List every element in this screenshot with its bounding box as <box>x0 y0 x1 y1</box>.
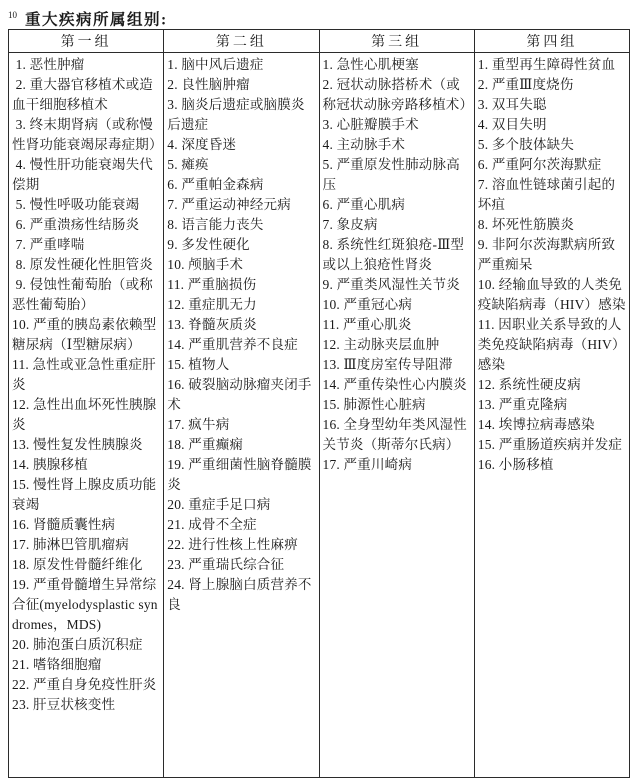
disease-item: 6. 严重帕金森病 <box>167 175 316 195</box>
disease-item: 13. 慢性复发性胰腺炎 <box>12 435 161 455</box>
disease-item: 23. 严重瑞氏综合征 <box>167 555 316 575</box>
disease-item: 3. 脑炎后遗症或脑膜炎后遗症 <box>167 95 316 135</box>
group-3-item-list: 1. 急性心肌梗塞2. 冠状动脉搭桥术（或称冠状动脉旁路移植术）3. 心脏瓣膜手… <box>323 55 472 475</box>
document-page: 10重大疾病所属组别: 第一组 第二组 第三组 第四组 1. 恶性肿瘤 2. 重… <box>0 0 640 781</box>
disease-item: 1. 重型再生障碍性贫血 <box>478 55 627 75</box>
disease-item: 6. 严重溃疡性结肠炎 <box>12 215 161 235</box>
header-group-2: 第二组 <box>164 30 319 53</box>
disease-item: 4. 主动脉手术 <box>323 135 472 155</box>
disease-item: 8. 系统性红斑狼疮-Ⅲ型或以上狼疮性肾炎 <box>323 235 472 275</box>
disease-item: 14. 埃博拉病毒感染 <box>478 415 627 435</box>
disease-item: 2. 良性脑肿瘤 <box>167 75 316 95</box>
group-4-cell: 1. 重型再生障碍性贫血2. 严重Ⅲ度烧伤3. 双耳失聪4. 双目失明5. 多个… <box>474 53 629 778</box>
disease-item: 24. 肾上腺脑白质营养不良 <box>167 575 316 615</box>
disease-item: 1. 恶性肿瘤 <box>12 55 161 75</box>
disease-item: 20. 肺泡蛋白质沉积症 <box>12 635 161 655</box>
disease-item: 2. 冠状动脉搭桥术（或称冠状动脉旁路移植术） <box>323 75 472 115</box>
disease-item: 3. 双耳失聪 <box>478 95 627 115</box>
disease-item: 14. 严重传染性心内膜炎 <box>323 375 472 395</box>
disease-item: 7. 象皮病 <box>323 215 472 235</box>
disease-item: 22. 进行性核上性麻痹 <box>167 535 316 555</box>
disease-item: 9. 非阿尔茨海默病所致严重痴呆 <box>478 235 627 275</box>
disease-item: 13. Ⅲ度房室传导阻滞 <box>323 355 472 375</box>
disease-item: 3. 终末期肾病（或称慢性肾功能衰竭尿毒症期） <box>12 115 161 155</box>
disease-item: 10. 严重的胰岛素依赖型糖尿病（Ⅰ型糖尿病） <box>12 315 161 355</box>
disease-item: 15. 肺源性心脏病 <box>323 395 472 415</box>
disease-item: 23. 肝豆状核变性 <box>12 695 161 715</box>
disease-item: 11. 急性或亚急性重症肝炎 <box>12 355 161 395</box>
disease-item: 4. 深度昏迷 <box>167 135 316 155</box>
disease-item: 9. 侵蚀性葡萄胎（或称恶性葡萄胎） <box>12 275 161 315</box>
disease-item: 18. 原发性骨髓纤维化 <box>12 555 161 575</box>
group-1-item-list: 1. 恶性肿瘤 2. 重大器官移植术或造血干细胞移植术 3. 终末期肾病（或称慢… <box>12 55 161 715</box>
disease-item: 18. 严重癫痫 <box>167 435 316 455</box>
disease-item: 10. 严重冠心病 <box>323 295 472 315</box>
disease-item: 12. 主动脉夹层血肿 <box>323 335 472 355</box>
disease-item: 21. 嗜铬细胞瘤 <box>12 655 161 675</box>
disease-groups-table: 第一组 第二组 第三组 第四组 1. 恶性肿瘤 2. 重大器官移植术或造血干细胞… <box>8 29 630 778</box>
header-group-1: 第一组 <box>9 30 164 53</box>
disease-item: 13. 严重克隆病 <box>478 395 627 415</box>
disease-item: 5. 严重原发性肺动脉高压 <box>323 155 472 195</box>
disease-item: 12. 急性出血坏死性胰腺炎 <box>12 395 161 435</box>
disease-item: 22. 严重自身免疫性肝炎 <box>12 675 161 695</box>
disease-item: 19. 严重骨髓增生异常综合征(myelodysplastic syndrome… <box>12 575 161 635</box>
disease-item: 5. 多个肢体缺失 <box>478 135 627 155</box>
disease-item: 14. 严重肌营养不良症 <box>167 335 316 355</box>
disease-item: 12. 系统性硬皮病 <box>478 375 627 395</box>
disease-item: 2. 严重Ⅲ度烧伤 <box>478 75 627 95</box>
disease-item: 8. 语言能力丧失 <box>167 215 316 235</box>
disease-item: 4. 慢性肝功能衰竭失代偿期 <box>12 155 161 195</box>
disease-item: 11. 因职业关系导致的人类免疫缺陷病毒（HIV）感染 <box>478 315 627 375</box>
disease-item: 13. 脊髓灰质炎 <box>167 315 316 335</box>
disease-item: 9. 严重类风湿性关节炎 <box>323 275 472 295</box>
disease-item: 21. 成骨不全症 <box>167 515 316 535</box>
header-group-4: 第四组 <box>474 30 629 53</box>
document-title: 10重大疾病所属组别: <box>8 3 632 27</box>
disease-item: 10. 颅脑手术 <box>167 255 316 275</box>
disease-item: 15. 严重肠道疾病并发症 <box>478 435 627 455</box>
disease-item: 3. 心脏瓣膜手术 <box>323 115 472 135</box>
table-body-row: 1. 恶性肿瘤 2. 重大器官移植术或造血干细胞移植术 3. 终末期肾病（或称慢… <box>9 53 630 778</box>
disease-item: 1. 脑中风后遗症 <box>167 55 316 75</box>
disease-item: 2. 重大器官移植术或造血干细胞移植术 <box>12 75 161 115</box>
disease-item: 6. 严重心肌病 <box>323 195 472 215</box>
footnote-marker: 10 <box>8 10 17 20</box>
disease-item: 19. 严重细菌性脑脊髓膜炎 <box>167 455 316 495</box>
group-2-item-list: 1. 脑中风后遗症2. 良性脑肿瘤3. 脑炎后遗症或脑膜炎后遗症4. 深度昏迷5… <box>167 55 316 615</box>
group-2-cell: 1. 脑中风后遗症2. 良性脑肿瘤3. 脑炎后遗症或脑膜炎后遗症4. 深度昏迷5… <box>164 53 319 778</box>
disease-item: 15. 植物人 <box>167 355 316 375</box>
disease-item: 6. 严重阿尔茨海默症 <box>478 155 627 175</box>
disease-item: 17. 严重川崎病 <box>323 455 472 475</box>
disease-item: 9. 多发性硬化 <box>167 235 316 255</box>
disease-item: 5. 瘫痪 <box>167 155 316 175</box>
disease-item: 16. 破裂脑动脉瘤夹闭手术 <box>167 375 316 415</box>
header-group-3: 第三组 <box>319 30 474 53</box>
disease-item: 5. 慢性呼吸功能衰竭 <box>12 195 161 215</box>
disease-item: 11. 严重心肌炎 <box>323 315 472 335</box>
disease-item: 17. 肺淋巴管肌瘤病 <box>12 535 161 555</box>
disease-item: 16. 肾髓质囊性病 <box>12 515 161 535</box>
page-title: 重大疾病所属组别: <box>25 11 168 28</box>
disease-item: 7. 严重运动神经元病 <box>167 195 316 215</box>
group-4-item-list: 1. 重型再生障碍性贫血2. 严重Ⅲ度烧伤3. 双耳失聪4. 双目失明5. 多个… <box>478 55 627 475</box>
disease-item: 12. 重症肌无力 <box>167 295 316 315</box>
disease-item: 16. 全身型幼年类风湿性关节炎（斯蒂尔氏病） <box>323 415 472 455</box>
disease-item: 16. 小肠移植 <box>478 455 627 475</box>
disease-item: 8. 坏死性筋膜炎 <box>478 215 627 235</box>
group-1-cell: 1. 恶性肿瘤 2. 重大器官移植术或造血干细胞移植术 3. 终末期肾病（或称慢… <box>9 53 164 778</box>
disease-item: 15. 慢性肾上腺皮质功能衰竭 <box>12 475 161 515</box>
disease-item: 20. 重症手足口病 <box>167 495 316 515</box>
table-header-row: 第一组 第二组 第三组 第四组 <box>9 30 630 53</box>
disease-item: 7. 严重哮喘 <box>12 235 161 255</box>
disease-item: 11. 严重脑损伤 <box>167 275 316 295</box>
group-3-cell: 1. 急性心肌梗塞2. 冠状动脉搭桥术（或称冠状动脉旁路移植术）3. 心脏瓣膜手… <box>319 53 474 778</box>
disease-item: 14. 胰腺移植 <box>12 455 161 475</box>
disease-item: 4. 双目失明 <box>478 115 627 135</box>
disease-item: 7. 溶血性链球菌引起的坏疽 <box>478 175 627 215</box>
disease-item: 1. 急性心肌梗塞 <box>323 55 472 75</box>
disease-item: 10. 经输血导致的人类免疫缺陷病毒（HIV）感染 <box>478 275 627 315</box>
disease-item: 8. 原发性硬化性胆管炎 <box>12 255 161 275</box>
disease-item: 17. 疯牛病 <box>167 415 316 435</box>
